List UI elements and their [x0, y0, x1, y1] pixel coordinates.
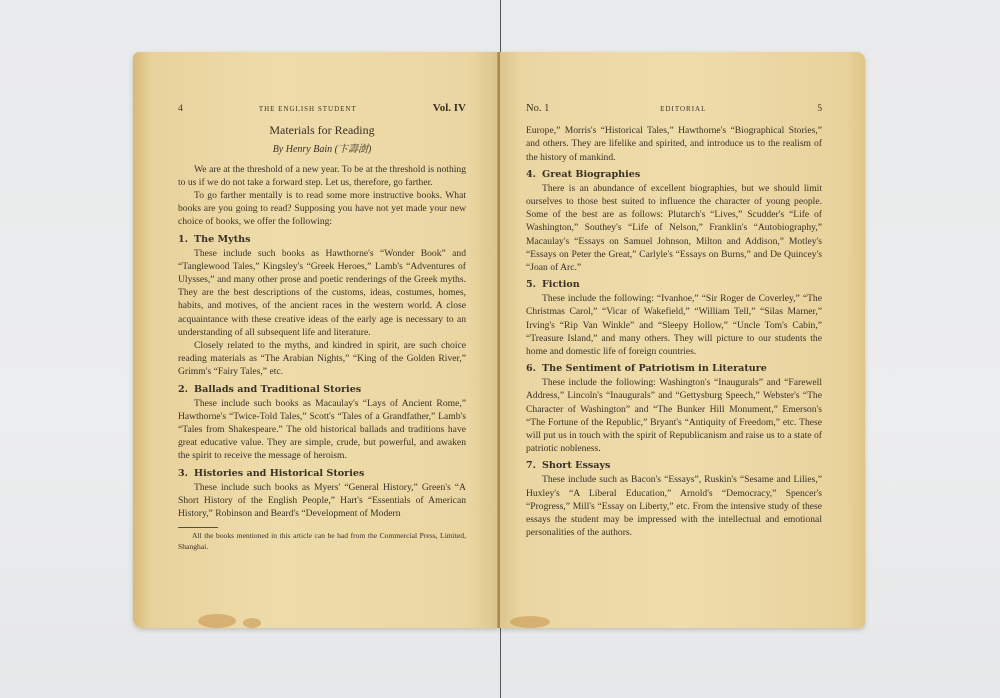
water-stain [198, 614, 236, 628]
running-title: THE ENGLISH STUDENT [259, 103, 357, 116]
section-paragraph: There is an abundance of excellent biogr… [526, 182, 822, 274]
section-heading: 2.Ballads and Traditional Stories [178, 383, 466, 396]
volume-label: Vol. IV [433, 102, 466, 115]
page-number: 4 [178, 102, 183, 115]
article-title: Materials for Reading [178, 124, 466, 137]
water-stain [510, 616, 550, 628]
intro-paragraph: To go farther mentally is to read some m… [178, 189, 466, 229]
section-heading: 6.The Sentiment of Patriotism in Literat… [526, 362, 822, 375]
section-paragraph: These include the following: Washington'… [526, 376, 822, 455]
section-paragraph: These include such books as Macaulay's “… [178, 397, 466, 463]
running-head-left: 4 THE ENGLISH STUDENT Vol. IV [178, 102, 466, 116]
running-title: EDITORIAL [660, 103, 706, 116]
right-page: No. 1 EDITORIAL 5 Europe,” Morris's “His… [500, 52, 865, 628]
section-heading: 4.Great Biographies [526, 168, 822, 181]
left-page: 4 THE ENGLISH STUDENT Vol. IV Materials … [133, 52, 498, 628]
footnote: All the books mentioned in this article … [178, 531, 466, 552]
open-book: 4 THE ENGLISH STUDENT Vol. IV Materials … [133, 52, 865, 628]
section-paragraph: These include such books as Myers' “Gene… [178, 481, 466, 521]
byline: By Henry Bain (卞壽澍) [178, 143, 466, 156]
section-paragraph: These include the following: “Ivanhoe,” … [526, 292, 822, 358]
section-heading: 7.Short Essays [526, 459, 822, 472]
continuation-paragraph: Europe,” Morris's “Historical Tales,” Ha… [526, 124, 822, 164]
page-number: 5 [817, 102, 822, 115]
running-head-right: No. 1 EDITORIAL 5 [526, 102, 822, 116]
water-stain [243, 618, 261, 628]
issue-number: No. 1 [526, 102, 549, 115]
right-page-content: No. 1 EDITORIAL 5 Europe,” Morris's “His… [526, 102, 822, 539]
footnote-rule [178, 527, 218, 528]
section-heading: 5.Fiction [526, 278, 822, 291]
section-paragraph: These include such as Bacon's “Essays”, … [526, 473, 822, 539]
section-paragraph: These include such books as Hawthorne's … [178, 247, 466, 339]
intro-paragraph: We are at the threshold of a new year. T… [178, 163, 466, 189]
left-page-content: 4 THE ENGLISH STUDENT Vol. IV Materials … [178, 102, 466, 552]
section-heading: 3.Histories and Historical Stories [178, 467, 466, 480]
section-heading: 1.The Myths [178, 233, 466, 246]
section-paragraph: Closely related to the myths, and kindre… [178, 339, 466, 379]
